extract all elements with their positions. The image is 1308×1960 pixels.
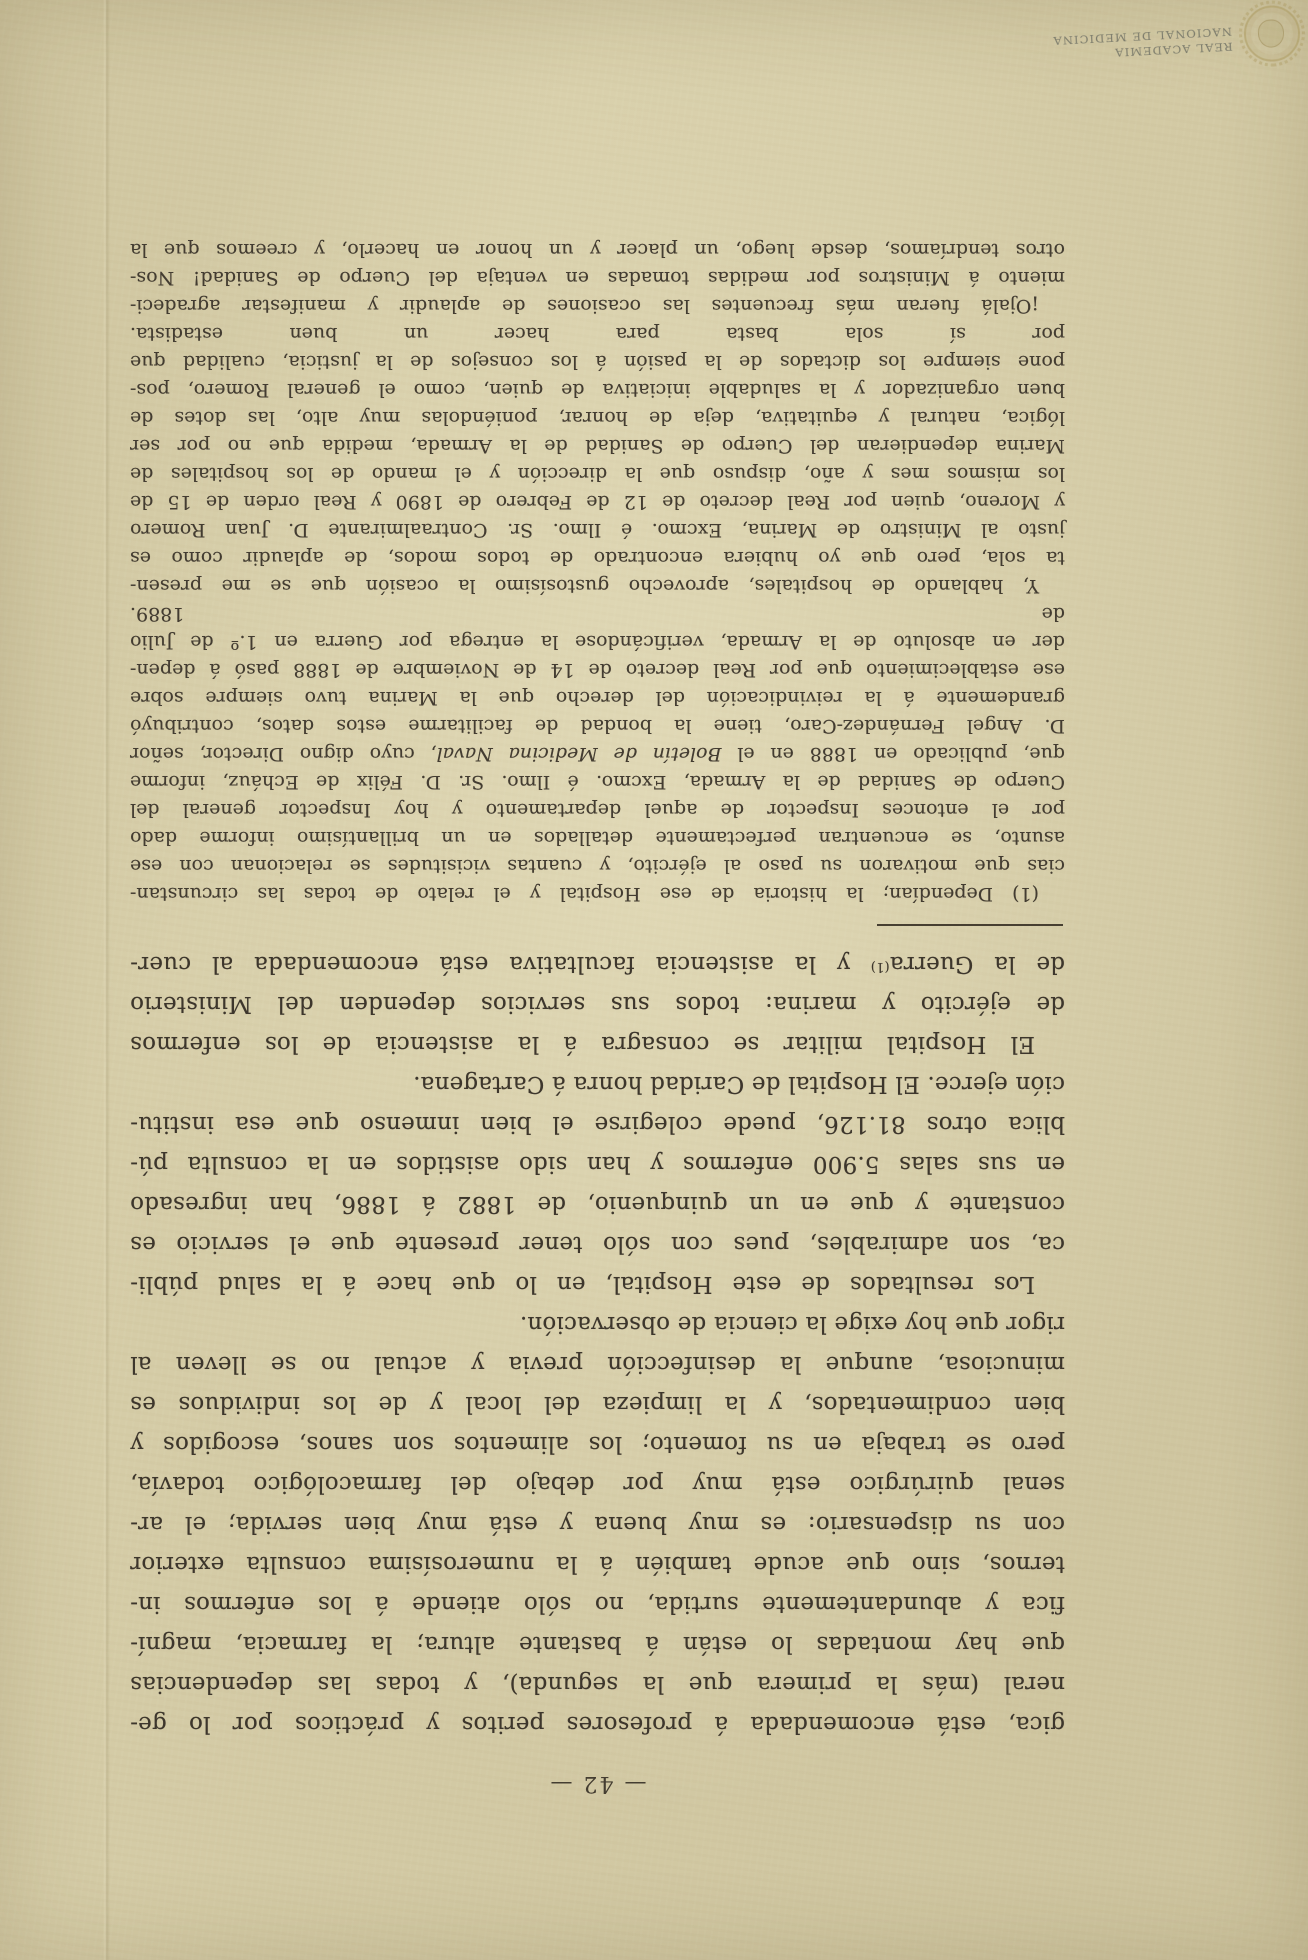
- text-line: constante y que en un quinquenio, de 188…: [130, 1184, 1065, 1224]
- text-line: fica y abundantemente surtida, no sólo a…: [130, 1584, 1065, 1624]
- footnote-line: justo al Ministro de Marina, Excmo. é Il…: [130, 516, 1065, 544]
- text-line-paragraph-end: ción ejerce. El Hospital de Caridad honr…: [130, 1064, 1065, 1104]
- scan-crease: [103, 0, 110, 1960]
- stamp-text: REAL ACADEMIA NACIONAL DE MEDICINA: [1052, 24, 1233, 63]
- stamp-seal-icon: [1243, 4, 1302, 63]
- text-line: con su dispensario: es muy buena y está …: [130, 1504, 1065, 1544]
- footnote-line: D. Angel Fernández-Caro, tiene la bondad…: [130, 712, 1065, 740]
- page-rotated-180: — 42 — gica, está encomendada á profesor…: [0, 0, 1308, 1960]
- page-number: — 42 —: [130, 1766, 1065, 1800]
- footnote-line: ese establecimiento que por Real decreto…: [130, 656, 1065, 684]
- text-line-with-footnote-ref: de la Guerra(1) y la asistencia facultat…: [130, 944, 1065, 984]
- text-line: de ejército y marina: todos sus servicio…: [130, 984, 1065, 1024]
- text-line-paragraph-start: El Hospital militar se consagra á la asi…: [130, 1024, 1065, 1064]
- footnote-line: Cuerpo de Sanidad de la Armada, Excmo. é…: [130, 768, 1065, 796]
- library-stamp: REAL ACADEMIA NACIONAL DE MEDICINA: [1070, 0, 1303, 74]
- text-line: ca, son admirables, pues con sólo tener …: [130, 1224, 1065, 1264]
- text-run: y la asistencia facultativa está encomen…: [130, 951, 871, 977]
- text-line: en sus salas 5.900 enfermos y han sido a…: [130, 1144, 1065, 1184]
- footnote-line: otros tendríamos, desde luego, un placer…: [130, 236, 1065, 264]
- footnote-line: los mismos mes y año, dispuso que la dir…: [130, 460, 1065, 488]
- footnote-line: y Moreno, quien por Real decreto de 12 d…: [130, 488, 1065, 516]
- text-line-paragraph-end: rigor que hoy exige la ciencia de observ…: [130, 1304, 1065, 1344]
- footnote-line-start: (1) Dependían; la historia de ese Hospit…: [130, 880, 1065, 908]
- footnote-reference: (1): [871, 959, 890, 974]
- footnote-line-start: ¡Ojalá fueran más frecuentes las ocasion…: [130, 292, 1065, 320]
- italic-journal-title: Boletín de Medicina Naval: [437, 743, 722, 765]
- text-line: bien condimentados, y la limpieza del lo…: [130, 1384, 1065, 1424]
- text-line: minuciosa, aunque la desinfección previa…: [130, 1344, 1065, 1384]
- footnote-line: cias que motivaron su paso al ejército, …: [130, 852, 1065, 880]
- footnote-line-start: Y, hablando de hospitales, aprovecho gus…: [130, 572, 1065, 600]
- footnote-line-paragraph-end: por sí sola basta para hacer un buen est…: [130, 320, 1065, 348]
- footnote-line: der en absoluto de la Armada, verificánd…: [130, 628, 1065, 656]
- footnote-line-with-italic: que, publicado en 1888 en el Boletín de …: [130, 740, 1065, 768]
- footnote-separator-rule: [877, 924, 1063, 926]
- footnote-line: Marina dependieran del Cuerpo de Sanidad…: [130, 432, 1065, 460]
- footnote-line: grandemente á la reivindicación del dere…: [130, 684, 1065, 712]
- footnote-line: ta sola, pero que yo hubiera encontrado …: [130, 544, 1065, 572]
- text-line-paragraph-start: Los resultados de este Hospital, en lo q…: [130, 1264, 1065, 1304]
- footnote-text: (1) Dependían; la historia de ese Hospit…: [130, 236, 1065, 908]
- footnote-line: pone siempre los dictados de la pasión á…: [130, 348, 1065, 376]
- footnote-line: asunto, se encuentran perfectamente deta…: [130, 824, 1065, 852]
- text-line: pero se trabaja en su fomento; los alime…: [130, 1424, 1065, 1464]
- footnote-line: buen organizador y la saludable iniciati…: [130, 376, 1065, 404]
- text-run: que, publicado en 1888 en el: [721, 743, 1065, 765]
- text-line: que hay montadas lo están á bastante alt…: [130, 1624, 1065, 1664]
- text-line: senal quirúrgico está muy por debajo del…: [130, 1464, 1065, 1504]
- text-run: , cuyo digno Director, señor: [130, 743, 437, 765]
- text-column: — 42 — gica, está encomendada á profesor…: [130, 236, 1065, 1800]
- footnote-line: por el entonces Inspector de aquel depar…: [130, 796, 1065, 824]
- body-text: gica, está encomendada á profesores peri…: [130, 944, 1065, 1744]
- footnote-line: miento á Ministros por medidas tomadas e…: [130, 264, 1065, 292]
- scanned-book-page: — 42 — gica, está encomendada á profesor…: [0, 0, 1308, 1960]
- text-run: de la Guerra: [890, 951, 1065, 977]
- footnote-line: lógica, natural y equitativa, deja de ho…: [130, 404, 1065, 432]
- footnote-line-paragraph-end: de 1889.: [130, 600, 1065, 628]
- text-line: blica otros 81.126, puede colegirse el b…: [130, 1104, 1065, 1144]
- text-line: gica, está encomendada á profesores peri…: [130, 1704, 1065, 1744]
- text-line: neral (más la primera que la segunda), y…: [130, 1664, 1065, 1704]
- text-line: ternos, sino que acude también á la nume…: [130, 1544, 1065, 1584]
